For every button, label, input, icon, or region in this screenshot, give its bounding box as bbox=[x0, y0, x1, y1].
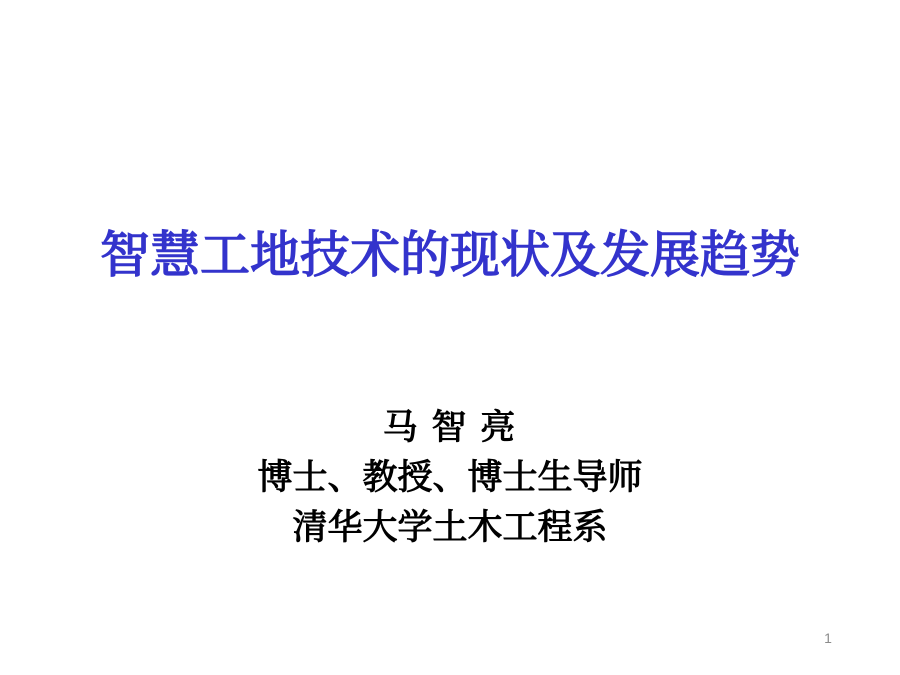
presentation-slide: 智慧工地技术的现状及发展趋势 马 智 亮 博士、教授、博士生导师 清华大学土木工… bbox=[0, 0, 900, 675]
page-number: 1 bbox=[818, 629, 838, 647]
author-titles: 博士、教授、博士生导师 bbox=[0, 453, 900, 503]
author-name: 马 智 亮 bbox=[0, 403, 900, 453]
author-affiliation: 清华大学土木工程系 bbox=[0, 503, 900, 553]
slide-subtitle-block: 马 智 亮 博士、教授、博士生导师 清华大学土木工程系 bbox=[0, 403, 900, 553]
slide-title: 智慧工地技术的现状及发展趋势 bbox=[0, 225, 900, 285]
